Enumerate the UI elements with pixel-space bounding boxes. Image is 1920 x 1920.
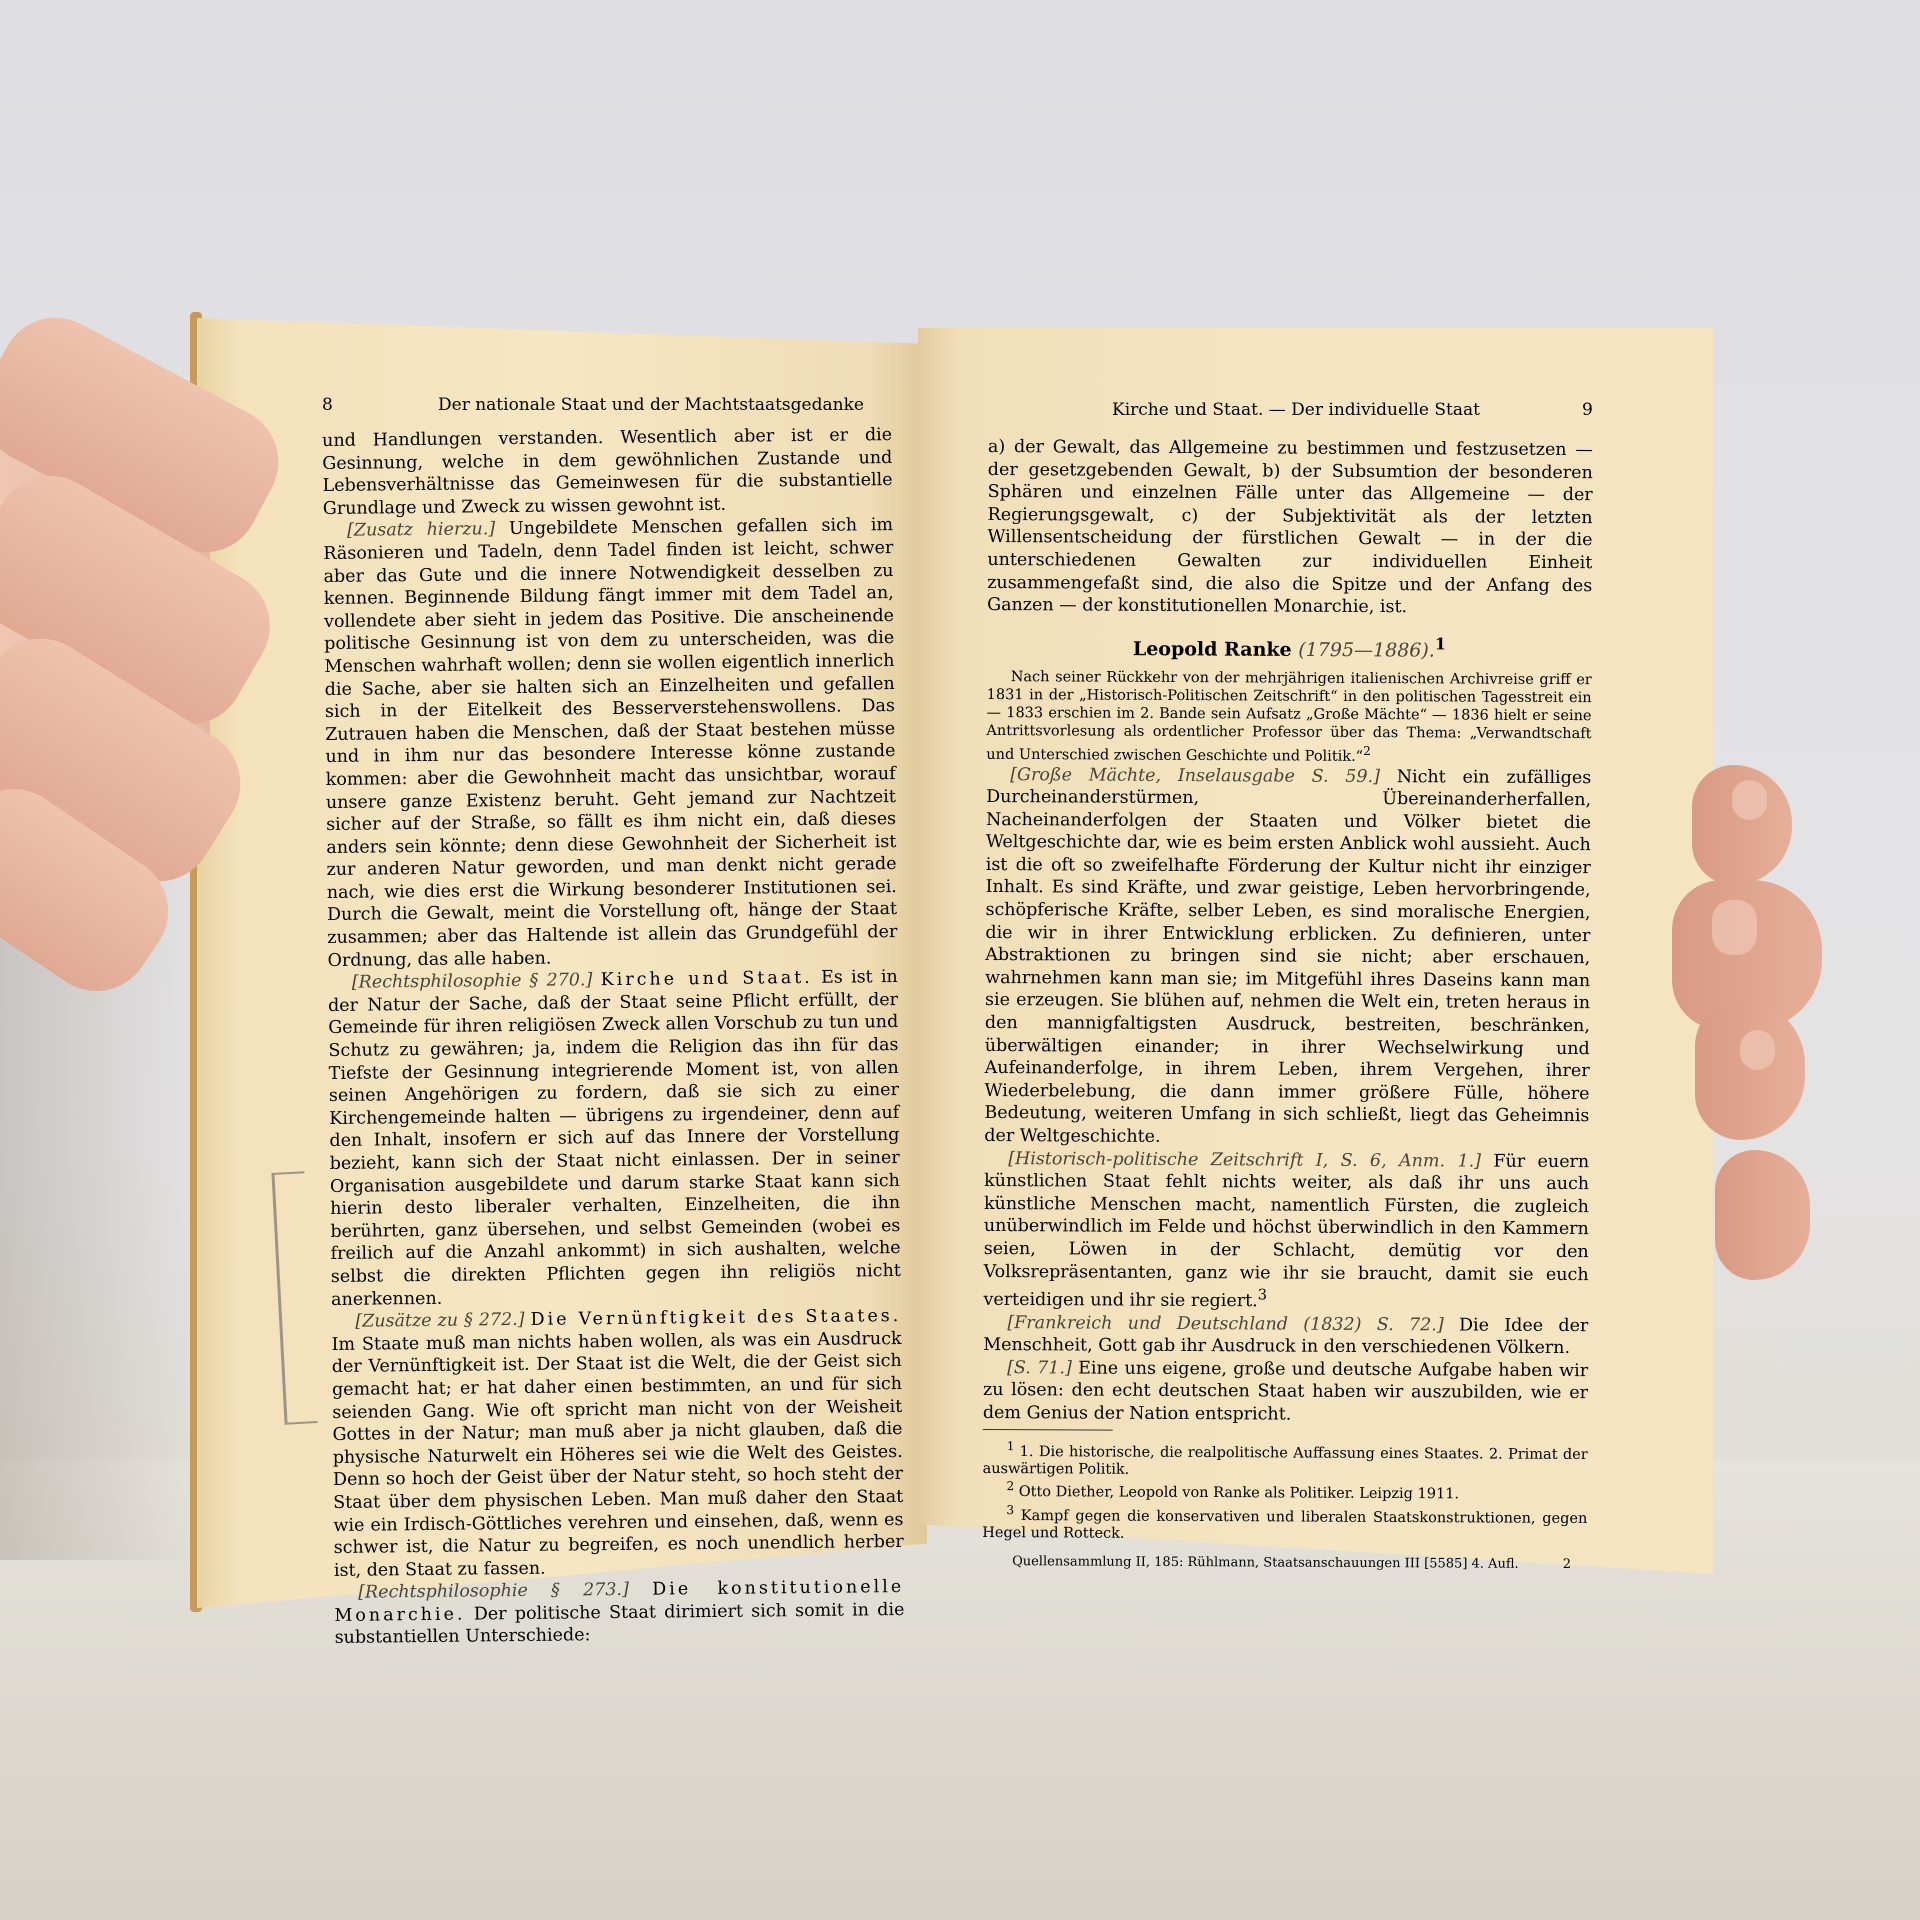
left-running-head: Der nationale Staat und der Machtstaatsg… (438, 395, 864, 415)
right-page-number: 9 (1582, 400, 1593, 420)
paragraph-text: Es ist in der Natur der Sache, daß der S… (328, 967, 901, 1309)
footnote-mark: 2 (1006, 1479, 1014, 1493)
footnote-text: Otto Diether, Leopold von Ranke als Poli… (1019, 1484, 1459, 1502)
citation: [Rechtsphilosophie § 270.] (352, 970, 593, 993)
paragraph: und Handlungen verstanden. Wesentlich ab… (322, 424, 893, 520)
footnote-mark: 1 (1007, 1439, 1015, 1453)
footnote-mark: 2 (1363, 744, 1371, 758)
intro-note: Nach seiner Rückkehr von der mehrjährige… (986, 668, 1591, 767)
citation: [Frankreich und Deutschland (1832) S. 72… (1007, 1313, 1443, 1335)
footnote-text: 1. Die historische, die realpolitische A… (983, 1444, 1588, 1478)
intro-note-text: Nach seiner Rückkehr von der mehrjährige… (986, 669, 1591, 765)
citation: [Zusatz hierzu.] (347, 520, 495, 542)
right-page-body: a) der Gewalt, das Allgemeine zu bestimm… (982, 436, 1593, 1576)
paragraph: [Rechtsphilosophie § 270.] Kirche und St… (328, 966, 902, 1311)
heading-dates: (1795—1886). (1298, 639, 1435, 662)
paragraph-text: Nicht ein zufälliges Durcheinanderstürme… (984, 767, 1591, 1147)
signature-number: 2 (1563, 1557, 1571, 1572)
footnote-text: Kampf gegen die konservativen und libera… (982, 1508, 1587, 1542)
section-heading: Leopold Ranke (1795—1886).1 (987, 631, 1592, 663)
paragraph-text: Im Staate muß man nichts haben wollen, a… (331, 1329, 903, 1581)
paragraph: [Rechtsphilosophie § 273.] Die konstitut… (334, 1576, 905, 1650)
paragraph-text: und Handlungen verstanden. Wesentlich ab… (322, 425, 893, 519)
paragraph: [Historisch-politische Zeitschrift I, S.… (983, 1148, 1589, 1315)
citation: [S. 71.] (1007, 1358, 1072, 1378)
footnote: 3 Kampf gegen die konservativen und libe… (982, 1502, 1587, 1546)
fingernail (1712, 900, 1757, 955)
paragraph-text: Ungebildete Menschen gefallen sich im Rä… (323, 515, 897, 970)
signature-text: Quellensammlung II, 185: Rühlmann, Staat… (1012, 1554, 1519, 1572)
paragraph: [Große Mächte, Inselausgabe S. 59.] Nich… (984, 763, 1591, 1150)
citation: [Historisch-politische Zeitschrift I, S.… (1008, 1149, 1481, 1171)
footnote-mark: 3 (1006, 1503, 1014, 1517)
fingernail (1732, 780, 1767, 820)
paragraph: a) der Gewalt, das Allgemeine zu bestimm… (987, 436, 1593, 620)
left-page-body: und Handlungen verstanden. Wesentlich ab… (322, 424, 905, 1650)
citation: [Rechtsphilosophie § 273.] (358, 1580, 629, 1603)
paragraph-text: Eine uns eigene, große und deutsche Aufg… (983, 1358, 1588, 1424)
heading-name: Leopold Ranke (1133, 638, 1292, 661)
paragraph-text: Für euern künstlichen Staat fehlt nichts… (983, 1151, 1589, 1311)
paragraph: [Zusatz hierzu.] Ungebildete Menschen ge… (323, 514, 898, 972)
right-finger (1715, 1150, 1810, 1280)
paragraph: [Zusätze zu § 272.] Die Vernünftigkeit d… (331, 1305, 904, 1582)
footnote-mark: 3 (1258, 1287, 1267, 1304)
fingernail (1740, 1030, 1775, 1070)
open-book: 8 Der nationale Staat und der Machtstaat… (0, 0, 1920, 1920)
right-running-head: Kirche und Staat. — Der individuelle Sta… (1112, 400, 1480, 420)
paragraph: [S. 71.] Eine uns eigene, große und deut… (983, 1357, 1588, 1428)
footnote-mark: 1 (1435, 634, 1446, 653)
left-page-number: 8 (322, 395, 333, 415)
paragraph: [Frankreich und Deutschland (1832) S. 72… (983, 1312, 1588, 1360)
citation: [Große Mächte, Inselausgabe S. 59.] (1010, 765, 1380, 787)
signature-line: Quellensammlung II, 185: Rühlmann, Staat… (982, 1551, 1587, 1577)
footnote: 2 Otto Diether, Leopold von Ranke als Po… (982, 1478, 1587, 1504)
spaced-heading: Kirche und Staat. (601, 968, 813, 990)
footnote: 1 1. Die historische, die realpolitische… (983, 1438, 1588, 1482)
footnote-rule (983, 1429, 1113, 1431)
citation: [Zusätze zu § 272.] (355, 1310, 524, 1332)
spaced-heading: Die Vernünftigkeit des Staates. (530, 1306, 901, 1330)
